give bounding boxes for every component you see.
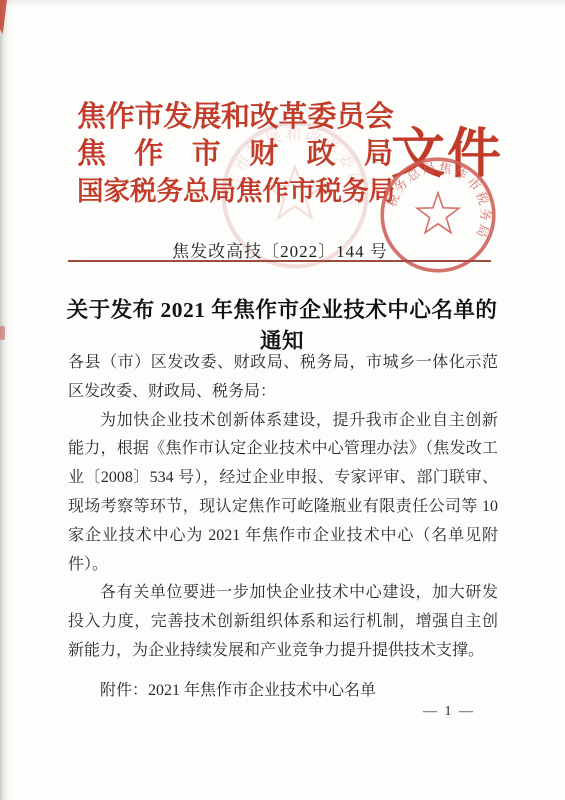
scan-edge-shadow bbox=[0, 0, 565, 6]
seal-star-icon bbox=[417, 193, 459, 233]
body-paragraph-1: 为加快企业技术创新体系建设，提升我市企业自主创新能力，根据《焦作市认定企业技术中… bbox=[68, 407, 498, 580]
agency-name-2: 焦作市财政局 bbox=[77, 136, 393, 173]
scan-edge-shadow bbox=[0, 0, 12, 800]
agency-name-3: 国家税务总局焦作市税务局 bbox=[77, 173, 393, 209]
page-number: — 1 — bbox=[423, 704, 475, 720]
letterhead-divider-rule bbox=[68, 260, 491, 262]
document-page: 焦作市发展和改革委员会 焦作市发展和改革委员会 焦作市财政局 国家税务总局焦作市… bbox=[0, 0, 565, 800]
document-title: 关于发布 2021 年焦作市企业技术中心名单的通知 bbox=[58, 293, 506, 355]
scan-artifact bbox=[0, 326, 5, 340]
document-body: 各县（市）区发改委、财政局、税务局，市城乡一体化示范区发改委、财政局、税务局： … bbox=[68, 349, 498, 706]
salutation-paragraph: 各县（市）区发改委、财政局、税务局，市城乡一体化示范区发改委、财政局、税务局： bbox=[68, 349, 498, 407]
body-paragraph-2: 各有关单位要进一步加快企业技术中心建设，加大研发投入力度，完善技术创新组织体系和… bbox=[68, 579, 498, 665]
agency-name-1: 焦作市发展和改革委员会 bbox=[77, 99, 393, 136]
attachment-line: 附件：2021 年焦作市企业技术中心名单 bbox=[68, 677, 498, 706]
letterhead: 焦作市发展和改革委员会 焦作市财政局 国家税务总局焦作市税务局 bbox=[77, 99, 393, 209]
doc-number: 焦发改高技〔2022〕144 号 bbox=[68, 237, 492, 262]
